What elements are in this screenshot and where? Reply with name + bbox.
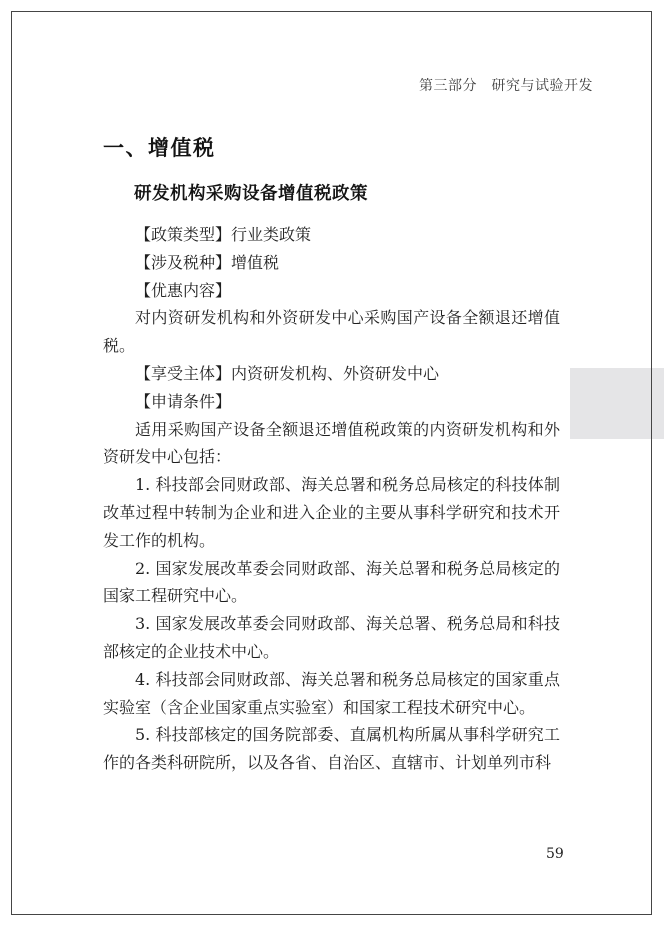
paragraph-benefit-label: 【优惠内容】 — [103, 277, 560, 305]
paragraph-item-2: 2. 国家发展改革委会同财政部、海关总署和税务总局核定的国家工程研究中心。 — [103, 555, 560, 611]
paragraph-apply-intro: 适用采购国产设备全额退还增值税政策的内资研发机构和外资研发中心包括： — [103, 416, 560, 472]
paragraph-policy-type: 【政策类型】行业类政策 — [103, 221, 560, 249]
page-number: 59 — [546, 846, 564, 862]
running-header: 第三部分 研究与试验开发 — [0, 75, 593, 95]
policy-title: 研发机构采购设备增值税政策 — [134, 180, 368, 205]
paragraph-item-4: 4. 科技部会同财政部、海关总署和税务总局核定的国家重点实验室（含企业国家重点实… — [103, 666, 560, 722]
paragraph-tax-type: 【涉及税种】增值税 — [103, 249, 560, 277]
paragraph-item-5: 5. 科技部核定的国务院部委、直属机构所属从事科学研究工作的各类科研院所，以及各… — [103, 721, 560, 777]
paragraph-beneficiary: 【享受主体】内资研发机构、外资研发中心 — [103, 360, 560, 388]
document-page: 第三部分 研究与试验开发 一、增值税 研发机构采购设备增值税政策 【政策类型】行… — [0, 0, 664, 929]
body-text: 【政策类型】行业类政策 【涉及税种】增值税 【优惠内容】 对内资研发机构和外资研… — [103, 221, 560, 777]
paragraph-item-1: 1. 科技部会同财政部、海关总署和税务总局核定的科技体制改革过程中转制为企业和进… — [103, 471, 560, 554]
paragraph-item-3: 3. 国家发展改革委会同财政部、海关总署、税务总局和科技部核定的企业技术中心。 — [103, 610, 560, 666]
section-title: 一、增值税 — [103, 132, 216, 162]
paragraph-apply-label: 【申请条件】 — [103, 388, 560, 416]
paragraph-benefit-body: 对内资研发机构和外资研发中心采购国产设备全额退还增值税。 — [103, 304, 560, 360]
